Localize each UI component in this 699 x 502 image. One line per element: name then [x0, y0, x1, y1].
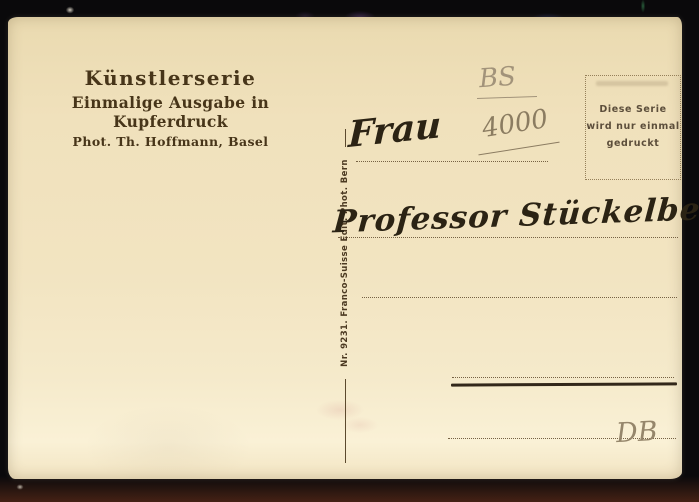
spine-rule-top	[345, 129, 346, 147]
faint-smudge	[596, 81, 668, 86]
publisher-spine: Nr. 9231. Franco-Suisse Edit. Phot. Bern	[337, 129, 353, 463]
handwritten-number: 4000	[480, 104, 550, 144]
address-line-1	[356, 161, 548, 162]
address-line-4	[452, 377, 674, 378]
series-title: Künstlerserie	[38, 66, 303, 90]
spine-imprint: Nr. 9231. Franco-Suisse Edit. Phot. Bern	[340, 153, 350, 373]
spine-rule-bottom	[345, 379, 346, 463]
handwritten-corner-code: BS	[478, 62, 517, 95]
address-line-3	[362, 297, 677, 298]
postcard-back: Künstlerserie Einmalige Ausgabe in Kupfe…	[8, 17, 682, 479]
stamp-box-line: wird nur einmal	[586, 118, 680, 135]
handwritten-salutation: Frau	[348, 104, 442, 156]
stamp-box-line: gedruckt	[586, 135, 680, 152]
stamp-box: Diese Serie wird nur einmal gedruckt	[585, 75, 681, 180]
scan-frame: Künstlerserie Einmalige Ausgabe in Kupfe…	[0, 0, 699, 502]
handwritten-addressee: Professor Stückelberg.	[332, 190, 699, 241]
handwritten-bottom-code: DB	[615, 416, 658, 449]
edition-line: Einmalige Ausgabe in Kupferdruck	[38, 93, 303, 131]
corner-code-underline	[477, 96, 537, 99]
ink-rule	[451, 382, 677, 386]
stamp-box-line: Diese Serie	[586, 101, 680, 118]
number-underline	[478, 142, 559, 156]
photographer-line: Phot. Th. Hoffmann, Basel	[38, 134, 303, 149]
publisher-block: Künstlerserie Einmalige Ausgabe in Kupfe…	[38, 66, 303, 149]
